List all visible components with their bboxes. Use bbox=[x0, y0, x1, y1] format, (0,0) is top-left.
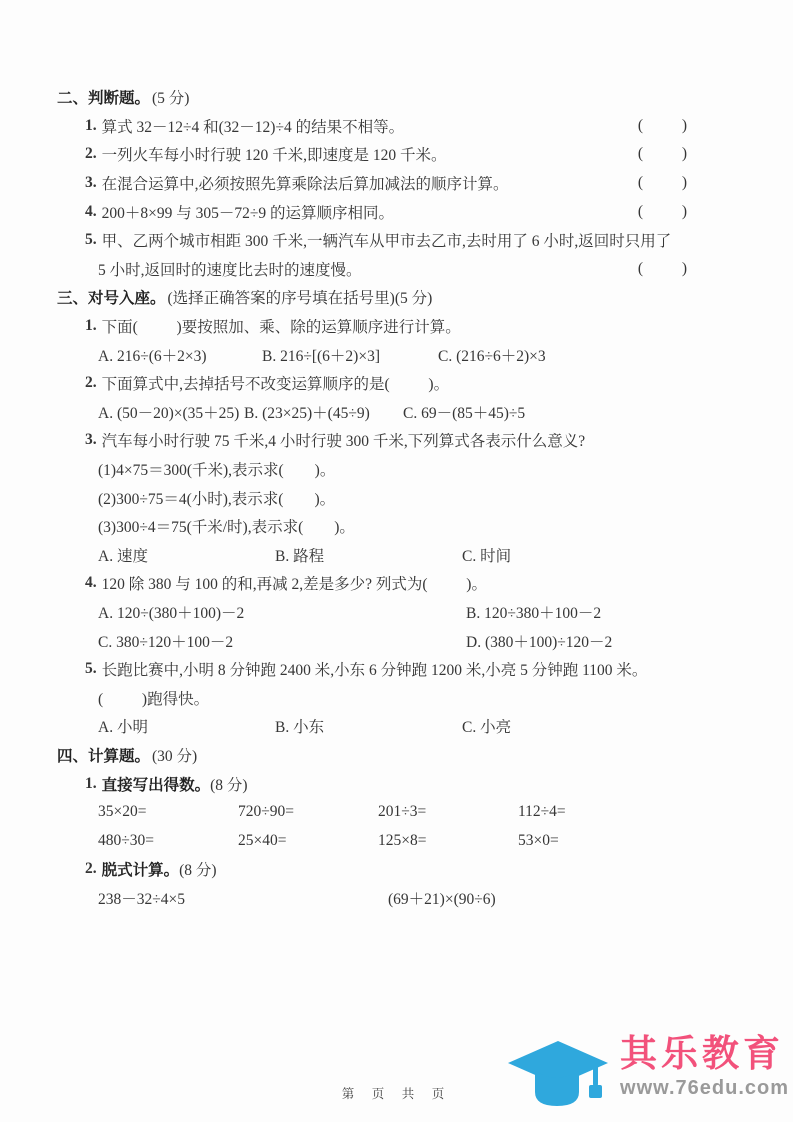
worksheet-content: 二、判断题。(5 分) 1.算式 32－12÷4 和(32－12)÷4 的结果不… bbox=[57, 83, 693, 912]
choice-q3-part-3: (3)300÷4＝75(千米/时),表示求( )。 bbox=[57, 512, 693, 541]
choice-q3-option-b: B. 路程 bbox=[275, 544, 462, 566]
calc-part2-label: 脱式计算。 bbox=[102, 858, 180, 880]
judge-item-3: 3.在混合运算中,必须按照先算乘除法后算加减法的顺序计算。 ( ) bbox=[57, 169, 693, 198]
choice-q5: 5.长跑比赛中,小明 8 分钟跑 2400 米,小东 6 分钟跑 1200 米,… bbox=[57, 655, 693, 684]
calc-part1-score: (8 分) bbox=[210, 773, 247, 795]
choice-q5-line2: ( )跑得快。 bbox=[57, 683, 693, 712]
judge-item-2-text: 一列火车每小时行驶 120 千米,即速度是 120 千米。 bbox=[102, 143, 447, 165]
judge-item-3-answer-bracket: ( ) bbox=[638, 174, 693, 192]
choice-section-title: 三、对号入座。 bbox=[57, 286, 166, 308]
choice-q1-option-c: C. (216÷6＋2)×3 bbox=[438, 344, 546, 366]
worksheet-page: 二、判断题。(5 分) 1.算式 32－12÷4 和(32－12)÷4 的结果不… bbox=[0, 0, 793, 1122]
choice-q3-text: 汽车每小时行驶 75 千米,4 小时行驶 300 千米,下列算式各表示什么意义? bbox=[102, 429, 586, 451]
choice-q2-option-b: B. (23×25)＋(45÷9) bbox=[244, 401, 403, 423]
judge-item-4: 4.200＋8×99 与 305－72÷9 的运算顺序相同。 ( ) bbox=[57, 197, 693, 226]
choice-q2-number: 2. bbox=[85, 374, 97, 392]
choice-q5-option-a: A. 小明 bbox=[98, 715, 275, 737]
judge-section-score: (5 分) bbox=[152, 86, 189, 108]
page-number-label: 第 页 共 页 bbox=[342, 1087, 451, 1101]
judge-section-title: 二、判断题。 bbox=[57, 86, 150, 108]
calc-expr-8: 53×0= bbox=[518, 832, 559, 850]
calc-expr-4: 112÷4= bbox=[518, 803, 566, 821]
choice-q2-options: A. (50－20)×(35＋25)B. (23×25)＋(45÷9)C. 69… bbox=[57, 398, 693, 427]
calc-part1-number: 1. bbox=[85, 775, 97, 793]
judge-item-2: 2.一列火车每小时行驶 120 千米,即速度是 120 千米。 ( ) bbox=[57, 140, 693, 169]
judge-item-5-answer-bracket: ( ) bbox=[638, 260, 693, 278]
choice-q4-option-b: B. 120÷380＋100－2 bbox=[466, 601, 601, 623]
judge-item-2-answer-bracket: ( ) bbox=[638, 145, 693, 163]
choice-q5-options: A. 小明B. 小东C. 小亮 bbox=[57, 712, 693, 741]
calc-part1-header: 1.直接写出得数。(8 分) bbox=[57, 769, 693, 798]
calc-part1-row2: 480÷30=25×40=125×8=53×0= bbox=[57, 826, 693, 855]
choice-q2-option-c: C. 69－(85＋45)÷5 bbox=[403, 401, 525, 423]
choice-q3-part-2-text: (2)300÷75＝4(小时),表示求( )。 bbox=[98, 487, 335, 509]
choice-q4-options-row1: A. 120÷(380＋100)－2B. 120÷380＋100－2 bbox=[57, 598, 693, 627]
choice-q4-option-d: D. (380＋100)÷120－2 bbox=[466, 630, 612, 652]
judge-item-4-answer-bracket: ( ) bbox=[638, 203, 693, 221]
judge-item-1-answer-bracket: ( ) bbox=[638, 117, 693, 135]
choice-q3: 3.汽车每小时行驶 75 千米,4 小时行驶 300 千米,下列算式各表示什么意… bbox=[57, 426, 693, 455]
judge-item-5-text-cont: 5 小时,返回时的速度比去时的速度慢。 bbox=[98, 258, 362, 280]
choice-q3-number: 3. bbox=[85, 431, 97, 449]
choice-q2: 2.下面算式中,去掉括号不改变运算顺序的是( )。 bbox=[57, 369, 693, 398]
choice-q3-part-2: (2)300÷75＝4(小时),表示求( )。 bbox=[57, 483, 693, 512]
choice-q3-option-c: C. 时间 bbox=[462, 544, 511, 566]
judge-item-4-text: 200＋8×99 与 305－72÷9 的运算顺序相同。 bbox=[102, 201, 394, 223]
brand-url: www.76edu.com bbox=[620, 1077, 789, 1099]
calc-expr-5: 480÷30= bbox=[98, 832, 238, 850]
judge-item-5-line1: 5.甲、乙两个城市相距 300 千米,一辆汽车从甲市去乙市,去时用了 6 小时,… bbox=[57, 226, 693, 255]
calc-expr-2: 720÷90= bbox=[238, 803, 378, 821]
calc-section-title: 四、计算题。 bbox=[57, 744, 150, 766]
brand-name: 其乐教育 bbox=[620, 1033, 789, 1076]
calc-section-score: (30 分) bbox=[152, 744, 197, 766]
judge-item-5-number: 5. bbox=[85, 231, 97, 249]
choice-section-subtitle: (选择正确答案的序号填在括号里)(5 分) bbox=[168, 286, 433, 308]
choice-q1-text: 下面( )要按照加、乘、除的运算顺序进行计算。 bbox=[102, 315, 461, 337]
graduation-cap-icon bbox=[502, 1029, 612, 1122]
calc-part2-row: 238－32÷4×5(69＋21)×(90÷6) bbox=[57, 884, 693, 913]
choice-q2-option-a: A. (50－20)×(35＋25) bbox=[98, 401, 244, 423]
calc-stepwise-expr-2: (69＋21)×(90÷6) bbox=[388, 887, 496, 909]
choice-section-header: 三、对号入座。(选择正确答案的序号填在括号里)(5 分) bbox=[57, 283, 693, 312]
choice-q3-options: A. 速度B. 路程C. 时间 bbox=[57, 541, 693, 570]
judge-item-5-line2: 5 小时,返回时的速度比去时的速度慢。 ( ) bbox=[57, 255, 693, 284]
choice-q1: 1.下面( )要按照加、乘、除的运算顺序进行计算。 bbox=[57, 312, 693, 341]
choice-q5-text: 长跑比赛中,小明 8 分钟跑 2400 米,小东 6 分钟跑 1200 米,小亮… bbox=[102, 658, 648, 680]
calc-stepwise-expr-1: 238－32÷4×5 bbox=[98, 887, 388, 909]
judge-item-5-text: 甲、乙两个城市相距 300 千米,一辆汽车从甲市去乙市,去时用了 6 小时,返回… bbox=[102, 229, 672, 251]
choice-q2-text: 下面算式中,去掉括号不改变运算顺序的是( )。 bbox=[102, 372, 449, 394]
choice-q1-option-b: B. 216÷[(6＋2)×3] bbox=[262, 344, 438, 366]
calc-part2-header: 2.脱式计算。(8 分) bbox=[57, 855, 693, 884]
choice-q4: 4.120 除 380 与 100 的和,再减 2,差是多少? 列式为( )。 bbox=[57, 569, 693, 598]
judge-item-4-number: 4. bbox=[85, 203, 97, 221]
judge-item-3-text: 在混合运算中,必须按照先算乘除法后算加减法的顺序计算。 bbox=[102, 172, 509, 194]
choice-q5-number: 5. bbox=[85, 660, 97, 678]
choice-q4-options-row2: C. 380÷120＋100－2D. (380＋100)÷120－2 bbox=[57, 626, 693, 655]
choice-q4-option-c: C. 380÷120＋100－2 bbox=[98, 630, 466, 652]
choice-q5-text-cont: ( )跑得快。 bbox=[98, 687, 209, 709]
choice-q5-option-c: C. 小亮 bbox=[462, 715, 511, 737]
choice-q3-part-1: (1)4×75＝300(千米),表示求( )。 bbox=[57, 455, 693, 484]
choice-q4-number: 4. bbox=[85, 574, 97, 592]
choice-q1-options: A. 216÷(6＋2×3)B. 216÷[(6＋2)×3]C. (216÷6＋… bbox=[57, 340, 693, 369]
choice-q3-part-1-text: (1)4×75＝300(千米),表示求( )。 bbox=[98, 458, 335, 480]
calc-expr-1: 35×20= bbox=[98, 803, 238, 821]
brand-text-block: 其乐教育 www.76edu.com bbox=[620, 1027, 789, 1099]
calc-part2-number: 2. bbox=[85, 860, 97, 878]
judge-item-2-number: 2. bbox=[85, 145, 97, 163]
calc-expr-3: 201÷3= bbox=[378, 803, 518, 821]
choice-q4-option-a: A. 120÷(380＋100)－2 bbox=[98, 601, 466, 623]
judge-section-header: 二、判断题。(5 分) bbox=[57, 83, 693, 112]
choice-q1-number: 1. bbox=[85, 317, 97, 335]
calc-expr-6: 25×40= bbox=[238, 832, 378, 850]
choice-q5-option-b: B. 小东 bbox=[275, 715, 462, 737]
calc-part1-label: 直接写出得数。 bbox=[102, 773, 211, 795]
brand-logo: 其乐教育 www.76edu.com bbox=[502, 1027, 789, 1122]
judge-item-3-number: 3. bbox=[85, 174, 97, 192]
judge-item-1-text: 算式 32－12÷4 和(32－12)÷4 的结果不相等。 bbox=[102, 115, 404, 137]
calc-expr-7: 125×8= bbox=[378, 832, 518, 850]
calc-section-header: 四、计算题。(30 分) bbox=[57, 741, 693, 770]
judge-item-1-number: 1. bbox=[85, 117, 97, 135]
choice-q3-option-a: A. 速度 bbox=[98, 544, 275, 566]
calc-part2-score: (8 分) bbox=[179, 858, 216, 880]
choice-q4-text: 120 除 380 与 100 的和,再减 2,差是多少? 列式为( )。 bbox=[102, 572, 487, 594]
judge-item-1: 1.算式 32－12÷4 和(32－12)÷4 的结果不相等。 ( ) bbox=[57, 112, 693, 141]
calc-part1-row1: 35×20=720÷90=201÷3=112÷4= bbox=[57, 798, 693, 827]
choice-q1-option-a: A. 216÷(6＋2×3) bbox=[98, 344, 262, 366]
choice-q3-part-3-text: (3)300÷4＝75(千米/时),表示求( )。 bbox=[98, 515, 355, 537]
